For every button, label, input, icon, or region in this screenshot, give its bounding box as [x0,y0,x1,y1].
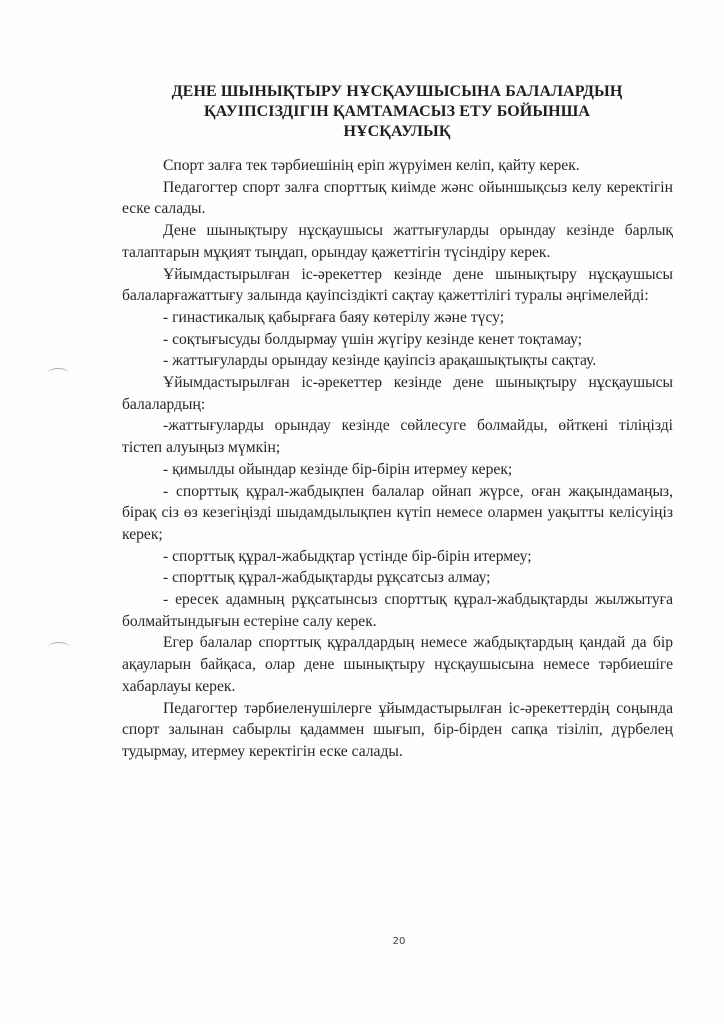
punch-hole-mark-bottom [48,642,70,653]
paragraph: Егер балалар спорттық құралдардың немесе… [122,632,673,697]
page-number: 20 [384,936,414,947]
list-item: - ересек адамның рұқсатынсыз спорттық құ… [122,589,673,632]
document-body: Спорт залға тек тәрбиешінің еріп жүруіме… [122,155,673,763]
title-line: ҚАУІПСІЗДІГІН ҚАМТАМАСЫЗ ЕТУ БОЙЫНША [150,102,644,122]
paragraph: Ұйымдастырылған іс-әрекеттер кезінде ден… [122,264,673,307]
list-item: - соқтығысуды болдырмау үшін жүгіру кезі… [122,329,673,351]
title-line: НҰСҚАУЛЫҚ [150,122,644,142]
paragraph: Ұйымдастырылған іс-әрекеттер кезінде ден… [122,372,673,415]
paragraph: Педагогтер спорт залға спорттық киімде ж… [122,177,673,220]
document-title: ДЕНЕ ШЫНЫҚТЫРУ НҰСҚАУШЫСЫНА БАЛАЛАРДЫҢ Қ… [150,82,644,142]
list-item: - гинастикалық қабырғаға баяу көтерілу ж… [122,307,673,329]
list-item: - спорттық құрал-жабдықпен балалар ойнап… [122,481,673,546]
title-line: ДЕНЕ ШЫНЫҚТЫРУ НҰСҚАУШЫСЫНА БАЛАЛАРДЫҢ [150,82,644,102]
paragraph: Дене шынықтыру нұсқаушысы жаттығуларды о… [122,220,673,263]
document-page: ДЕНЕ ШЫНЫҚТЫРУ НҰСҚАУШЫСЫНА БАЛАЛАРДЫҢ Қ… [0,0,724,1024]
list-item: - жаттығуларды орындау кезінде қауіпсіз … [122,350,673,372]
list-item: - қимылды ойындар кезінде бір-бірін итер… [122,459,673,481]
list-item: - спорттық құрал-жабыдқтар үстінде бір-б… [122,546,673,568]
paragraph: Спорт залға тек тәрбиешінің еріп жүруіме… [122,155,673,177]
list-item: -жаттығуларды орындау кезінде сөйлесуге … [122,415,673,458]
paragraph: Педагогтер тәрбиеленушілерге ұйымдастыры… [122,698,673,763]
list-item: - спорттық құрал-жабдықтарды рұқсатсыз а… [122,567,673,589]
punch-hole-mark-top [47,368,69,379]
